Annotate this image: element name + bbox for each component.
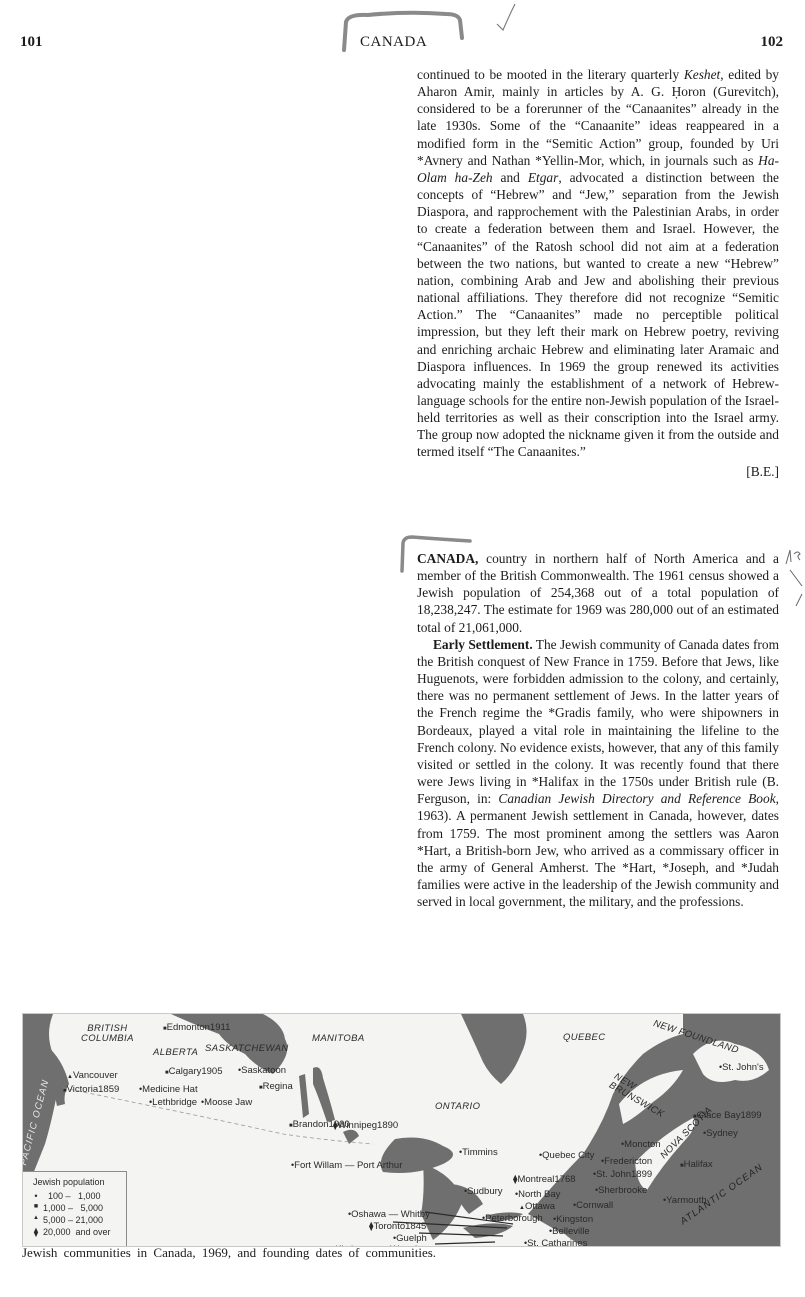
city-label: ■Glace Bay1899 — [693, 1111, 762, 1122]
legend-range: 1,000 – 5,000 — [43, 1203, 103, 1213]
city-label: •St. John's — [719, 1062, 764, 1073]
canada-entry: CANADA, country in northern half of Nort… — [417, 550, 779, 910]
city-label: •Timmins — [459, 1147, 498, 1158]
city-label: •Cornwall — [573, 1200, 613, 1211]
city-label: •Kingston — [553, 1214, 593, 1225]
city-label: •Sherbrooke — [595, 1185, 647, 1196]
legend-range: 100 – 1,000 — [43, 1191, 101, 1201]
city-label: •Oshawa — Whitby — [348, 1209, 430, 1220]
legend-range: 20,000 and over — [43, 1227, 111, 1237]
city-label: ⧫Toronto1845 — [369, 1221, 426, 1232]
entry-intro: CANADA, country in northern half of Nort… — [417, 550, 779, 636]
city-label: •St. Catharines — [524, 1238, 587, 1247]
city-label: ⧫Winnipeg1890 — [333, 1120, 398, 1131]
label-quebec: QUEBEC — [563, 1033, 606, 1043]
city-label: •North Bay — [515, 1189, 560, 1200]
city-label: •Fort Willam — Port Arthur — [291, 1160, 402, 1171]
city-label: ▲Ottawa — [519, 1202, 555, 1213]
square-symbol-icon: ■ — [31, 1203, 41, 1210]
city-label: ⧫Montreal1768 — [513, 1174, 576, 1185]
label-alberta: ALBERTA — [153, 1048, 198, 1058]
figure-caption: Jewish communities in Canada, 1969, and … — [22, 1245, 436, 1261]
pencil-bracket-mark — [338, 8, 468, 52]
diamond-symbol-icon: ⧫ — [31, 1227, 41, 1238]
entry-headword: CANADA, — [417, 551, 478, 566]
dot-symbol-icon: • — [31, 1191, 41, 1201]
canada-map: BRITISHCOLUMBIA ALBERTA SASKATCHEWAN MAN… — [22, 1013, 781, 1247]
city-label: ■Halifax — [680, 1160, 713, 1171]
city-label: •Lethbridge — [149, 1097, 197, 1108]
early-settlement-paragraph: Early Settlement. The Jewish community o… — [417, 636, 779, 911]
triangle-symbol-icon: ▲ — [31, 1215, 41, 1221]
section-heading: Early Settlement. — [433, 637, 533, 652]
author-signature: [B.E.] — [417, 463, 779, 480]
page-number-right: 102 — [761, 34, 784, 51]
legend-title: Jewish population — [33, 1177, 105, 1187]
legend-range: 5,000 – 21,000 — [43, 1215, 103, 1225]
page-number-left: 101 — [20, 34, 43, 51]
city-label: ■Calgary1905 — [165, 1067, 223, 1078]
legend-row: ⧫20,000 and over — [31, 1227, 126, 1238]
city-label: ▲Vancouver — [67, 1071, 118, 1082]
article-paragraph: continued to be mooted in the literary q… — [417, 66, 779, 461]
map-legend: Jewish population • 100 – 1,000 ■1,000 –… — [23, 1171, 127, 1246]
city-label: •Moncton — [621, 1139, 661, 1150]
city-label: •Fredericton — [601, 1156, 652, 1167]
legend-row: ■1,000 – 5,000 — [31, 1203, 126, 1214]
section-body: The Jewish community of Canada dates fro… — [417, 637, 779, 909]
city-label: •St. John1899 — [593, 1169, 652, 1180]
city-label: ■Edmonton1911 — [163, 1023, 230, 1034]
label-saskatchewan: SASKATCHEWAN — [205, 1044, 289, 1054]
italic-title: Etgar — [528, 170, 559, 185]
label-british-columbia: BRITISHCOLUMBIA — [81, 1024, 134, 1044]
city-label: •Quebec City — [539, 1150, 594, 1161]
city-label: •Sydney — [703, 1128, 738, 1139]
city-label: •Medicine Hat — [139, 1084, 198, 1095]
italic-title: Keshet — [684, 67, 720, 82]
city-label: •Moose Jaw — [201, 1097, 252, 1108]
city-label: •Peterborough — [482, 1213, 543, 1224]
city-label: •Guelph — [393, 1233, 427, 1244]
legend-row: ▲5,000 – 21,000 — [31, 1215, 126, 1226]
pencil-checkmark — [495, 2, 519, 34]
article-continued: continued to be mooted in the literary q… — [417, 66, 779, 480]
city-label: •Saskatoon — [238, 1065, 286, 1076]
city-label: •Sudbury — [464, 1186, 503, 1197]
city-label: ■Regina — [259, 1082, 293, 1093]
pencil-margin-note — [782, 546, 805, 608]
label-ontario: ONTARIO — [435, 1102, 480, 1112]
city-label: •Belleville — [549, 1226, 590, 1237]
italic-title: Canadian Jewish Directory and Reference … — [498, 791, 775, 806]
city-label: ■Victoria1859 — [63, 1085, 119, 1096]
italic-title: Ha-Olam ha-Zeh — [417, 153, 779, 185]
label-manitoba: MANITOBA — [312, 1034, 365, 1044]
city-label: •Yarmouth — [663, 1195, 707, 1206]
legend-row: • 100 – 1,000 — [31, 1191, 126, 1202]
